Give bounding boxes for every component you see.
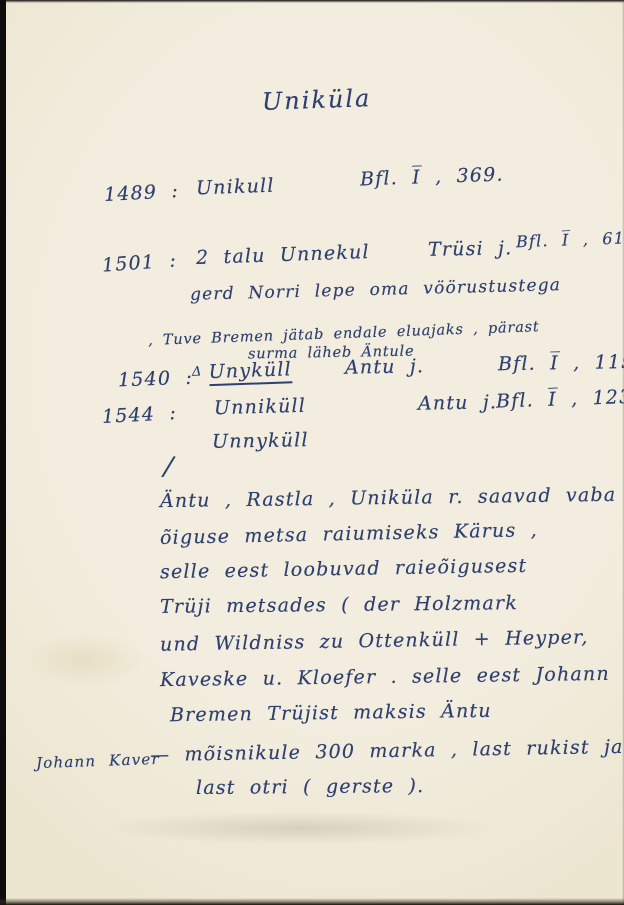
entry-1544-year: 1544 :	[101, 402, 177, 428]
paragraph-line: Kaveske u. Kloefer . selle eest Johann	[160, 663, 610, 691]
entry-1544-ref: Bfl. I̅ , 1237	[496, 385, 624, 412]
entry-1540-source: Antu j.	[345, 355, 425, 378]
paragraph-line: last otri ( gerste ).	[196, 775, 425, 799]
paragraph-line: Äntu , Rastla , Uniküla r. saavad vaba	[160, 484, 617, 512]
entry-1501-ref: Bfl. I̅ , 615.	[516, 228, 624, 251]
paragraph-line: Bremen Trüjist maksis Äntu	[170, 700, 492, 726]
entry-1501-source: Trüsi j.	[428, 237, 513, 260]
entry-1540-marker: Δ	[192, 364, 203, 379]
page-title: Uniküla	[262, 84, 372, 116]
paragraph-line: õiguse metsa raiumiseks Kärus ,	[160, 519, 538, 549]
scanned-document: Uniküla 1489 : Unikull Bfl. I̅ , 369. 15…	[0, 0, 624, 905]
entry-1489-ref: Bfl. I̅ , 369.	[360, 163, 504, 190]
margin-note: Johann Kaver	[36, 750, 160, 772]
divider-mark: /	[163, 452, 175, 483]
paragraph-line: und Wildniss zu Ottenküll + Heyper,	[160, 626, 589, 655]
entry-1489-year: 1489 :	[103, 180, 179, 206]
entry-1540-name: Unyküll	[208, 358, 292, 386]
entry-1540-ref: Bfl. I̅ , 1154	[498, 351, 624, 376]
entry-1544-source: Antu j.	[418, 391, 498, 414]
entry-1501-name: 2 talu Unnekul	[196, 241, 370, 269]
entry-1540-year: 1540 :	[118, 367, 194, 392]
entry-1489-name: Unikull	[196, 175, 275, 200]
paragraph-line: Trüji metsades ( der Holzmark	[160, 592, 518, 618]
entry-1540-name-group: ΔUnyküll	[192, 358, 293, 383]
entry-1501-year: 1501 :	[101, 249, 177, 276]
paragraph-line: selle eest loobuvad raieõigusest	[160, 555, 528, 583]
scan-edge-bottom	[0, 898, 624, 905]
entry-1501-subnote: gerd Norri lepe oma vöörustustega	[190, 275, 562, 305]
entry-1544-name: Unniküll	[214, 395, 307, 419]
scan-edge-top	[0, 0, 624, 3]
scan-edge-left	[0, 0, 6, 905]
paragraph-line: — mõisnikule 300 marka , last rukist ja	[150, 736, 624, 766]
entry-1544-variant: Unnyküll	[212, 429, 309, 453]
